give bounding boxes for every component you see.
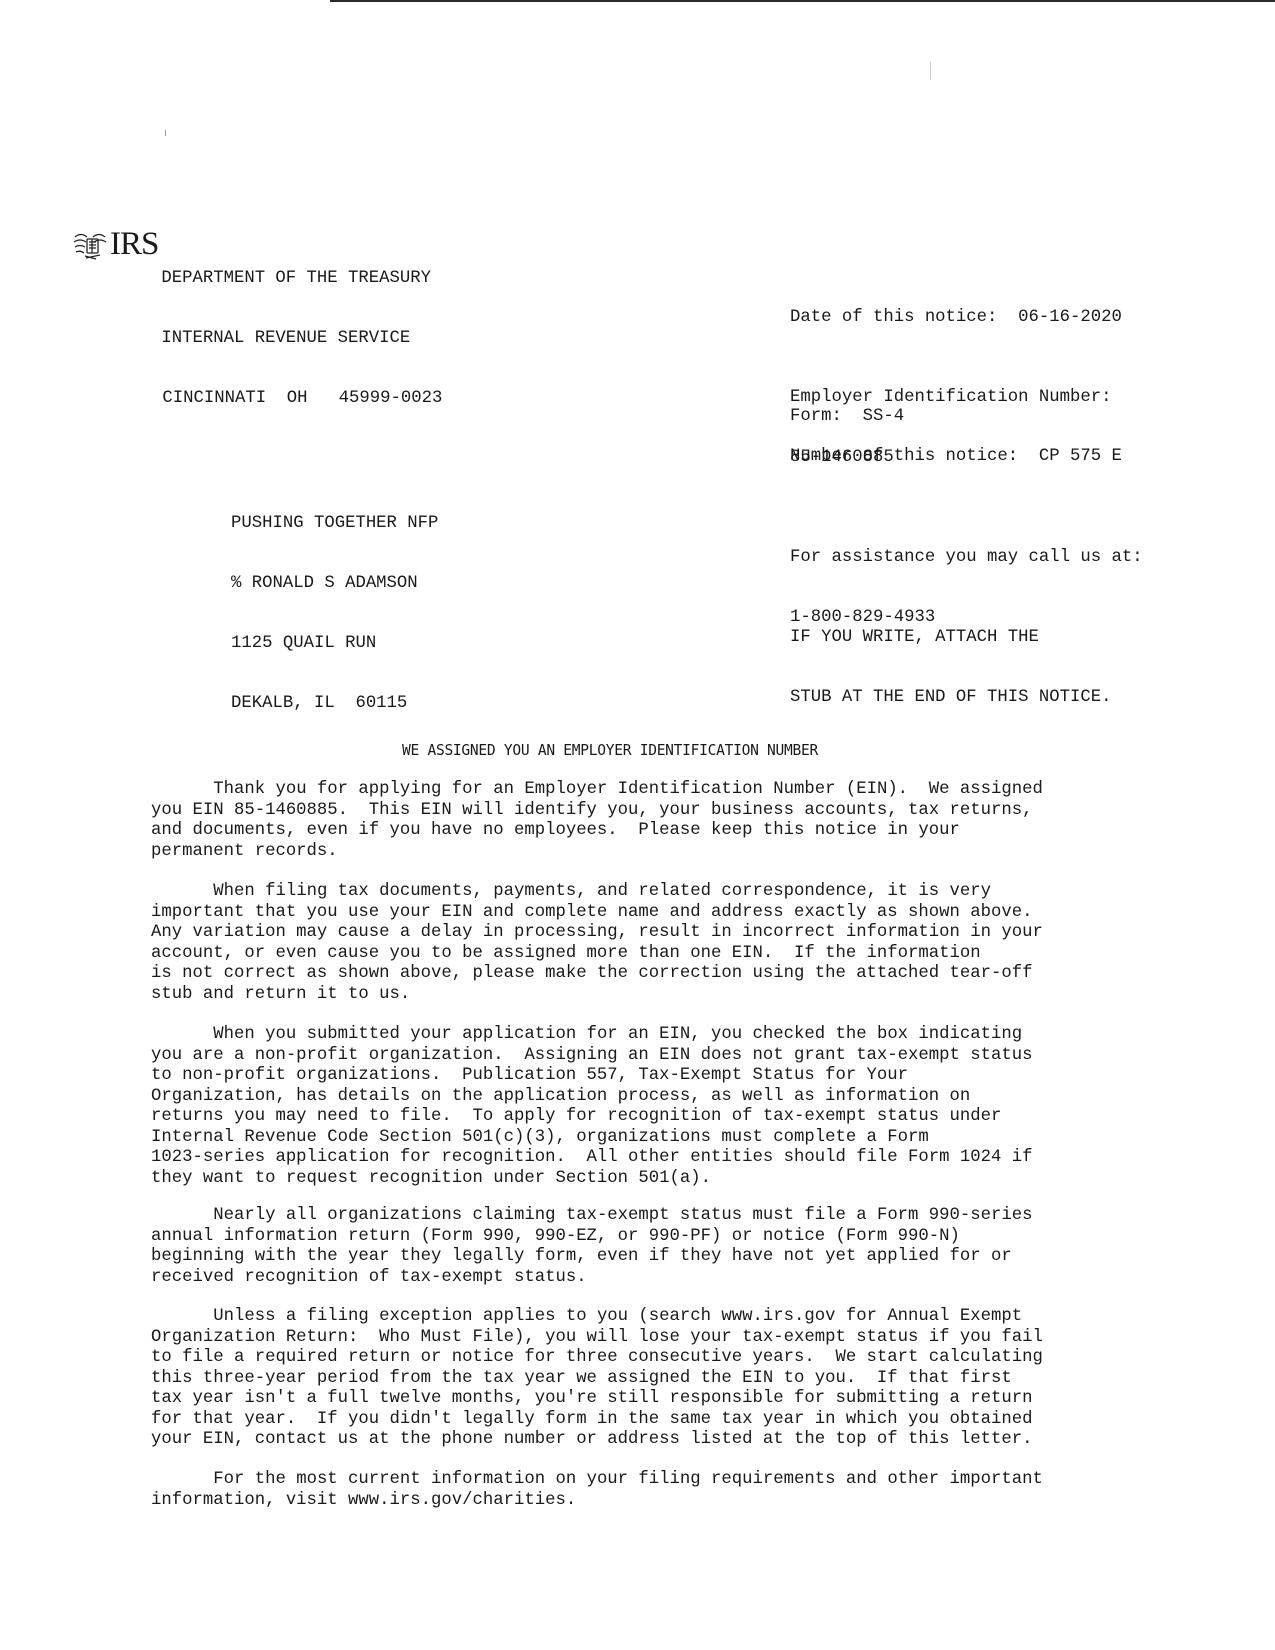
- body-paragraph: When filing tax documents, payments, and…: [151, 882, 1161, 1005]
- agency-address: DEPARTMENT OF THE TREASURY INTERNAL REVE…: [161, 229, 442, 449]
- paragraph-line: this three-year period from the tax year…: [151, 1369, 1161, 1390]
- paragraph-line: Unless a filing exception applies to you…: [151, 1307, 1161, 1328]
- body-paragraph: Unless a filing exception applies to you…: [151, 1307, 1161, 1451]
- notice-number-label: Number of this notice:: [790, 447, 1018, 466]
- paragraph-line: tax year isn't a full twelve months, you…: [151, 1389, 1161, 1410]
- paragraph-line: Organization Return: Who Must File), you…: [151, 1328, 1161, 1349]
- paragraph-line: received recognition of tax-exempt statu…: [151, 1268, 1161, 1289]
- eagle-seal-icon: [72, 231, 108, 261]
- scan-edge-line: [330, 0, 1275, 2]
- paragraph-line: permanent records.: [151, 842, 1161, 863]
- paragraph-line: Organization, has details on the applica…: [151, 1087, 1161, 1108]
- agency-line: INTERNAL REVENUE SERVICE: [161, 329, 442, 349]
- paragraph-line: you are a non-profit organization. Assig…: [151, 1046, 1161, 1067]
- scan-speck: [930, 62, 931, 80]
- form-label: Form:: [790, 407, 842, 426]
- body-paragraph: Thank you for applying for an Employer I…: [151, 780, 1161, 862]
- irs-letterhead: IRS DEPARTMENT OF THE TREASURY INTERNAL …: [72, 229, 442, 449]
- agency-line: CINCINNATI OH 45999-0023: [161, 389, 442, 409]
- notice-date: Date of this notice: 06-16-2020: [790, 308, 1122, 328]
- paragraph-line: they want to request recognition under S…: [151, 1169, 1161, 1190]
- write-instruction: IF YOU WRITE, ATTACH THE STUB AT THE END…: [790, 588, 1111, 728]
- recipient-address: PUSHING TOGETHER NFP % RONALD S ADAMSON …: [231, 474, 438, 734]
- paragraph-line: beginning with the year they legally for…: [151, 1247, 1161, 1268]
- body-paragraph: For the most current information on your…: [151, 1470, 1161, 1511]
- paragraph-line: and documents, even if you have no emplo…: [151, 821, 1161, 842]
- paragraph-line: your EIN, contact us at the phone number…: [151, 1430, 1161, 1451]
- paragraph-line: information, visit www.irs.gov/charities…: [151, 1491, 1161, 1512]
- paragraph-line: Internal Revenue Code Section 501(c)(3),…: [151, 1128, 1161, 1149]
- agency-line: DEPARTMENT OF THE TREASURY: [161, 269, 442, 289]
- paragraph-line: When filing tax documents, payments, and…: [151, 882, 1161, 903]
- form-value: SS-4: [863, 407, 904, 426]
- body-paragraph: Nearly all organizations claiming tax-ex…: [151, 1206, 1161, 1288]
- scan-speck: [165, 130, 166, 136]
- paragraph-line: Thank you for applying for an Employer I…: [151, 780, 1161, 801]
- recipient-line: PUSHING TOGETHER NFP: [231, 514, 438, 534]
- paragraph-line: For the most current information on your…: [151, 1470, 1161, 1491]
- date-value: 06-16-2020: [1018, 308, 1122, 327]
- paragraph-line: When you submitted your application for …: [151, 1025, 1161, 1046]
- assistance-label: For assistance you may call us at:: [790, 548, 1143, 568]
- form-block: Form: SS-4: [790, 407, 904, 427]
- paragraph-line: stub and return it to us.: [151, 985, 1161, 1006]
- write-instruction-line: STUB AT THE END OF THIS NOTICE.: [790, 688, 1111, 708]
- paragraph-line: returns you may need to file. To apply f…: [151, 1107, 1161, 1128]
- paragraph-line: 1023-series application for recognition.…: [151, 1148, 1161, 1169]
- notice-title: WE ASSIGNED YOU AN EMPLOYER IDENTIFICATI…: [37, 741, 1184, 759]
- recipient-line: % RONALD S ADAMSON: [231, 574, 438, 594]
- irs-logo-text: IRS: [110, 229, 158, 259]
- notice-number-block: Number of this notice: CP 575 E: [790, 447, 1122, 467]
- paragraph-line: to file a required return or notice for …: [151, 1348, 1161, 1369]
- paragraph-line: you EIN 85-1460885. This EIN will identi…: [151, 801, 1161, 822]
- notice-number-value: CP 575 E: [1039, 447, 1122, 466]
- date-label: Date of this notice:: [790, 308, 997, 327]
- paragraph-line: account, or even cause you to be assigne…: [151, 944, 1161, 965]
- paragraph-line: for that year. If you didn't legally for…: [151, 1410, 1161, 1431]
- paragraph-line: annual information return (Form 990, 990…: [151, 1227, 1161, 1248]
- body-paragraph: When you submitted your application for …: [151, 1025, 1161, 1189]
- recipient-line: DEKALB, IL 60115: [231, 694, 438, 714]
- paragraph-line: important that you use your EIN and comp…: [151, 903, 1161, 924]
- paragraph-line: Any variation may cause a delay in proce…: [151, 923, 1161, 944]
- recipient-line: 1125 QUAIL RUN: [231, 634, 438, 654]
- paragraph-line: is not correct as shown above, please ma…: [151, 964, 1161, 985]
- write-instruction-line: IF YOU WRITE, ATTACH THE: [790, 628, 1111, 648]
- ein-label: Employer Identification Number:: [790, 388, 1111, 408]
- paragraph-line: to non-profit organizations. Publication…: [151, 1066, 1161, 1087]
- paragraph-line: Nearly all organizations claiming tax-ex…: [151, 1206, 1161, 1227]
